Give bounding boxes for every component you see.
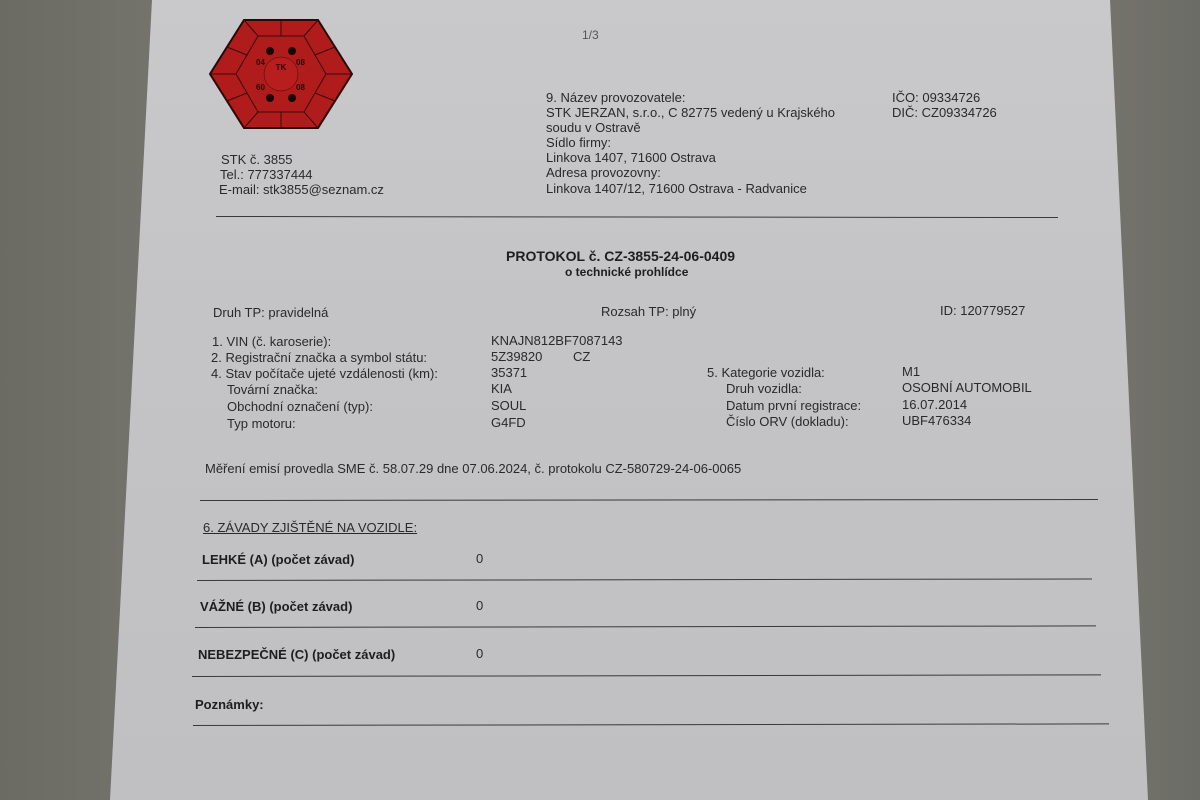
engine-value: G4FD <box>491 415 526 431</box>
station-email: E-mail: stk3855@seznam.cz <box>219 182 384 198</box>
emissions-statement: Měření emisí provedla SME č. 58.07.29 dn… <box>205 461 741 477</box>
first-registration-label: Datum první registrace: <box>726 398 861 414</box>
model-value: SOUL <box>491 398 526 414</box>
defect-dangerous-label: NEBEZPEČNÉ (C) (počet závad) <box>198 647 395 663</box>
orv-value: UBF476334 <box>902 413 971 429</box>
defect-light-count: 0 <box>476 551 483 567</box>
defect-light-label: LEHKÉ (A) (počet závad) <box>202 552 354 568</box>
first-registration-value: 16.07.2014 <box>902 397 967 413</box>
odometer-value: 35371 <box>491 365 527 381</box>
station-number: STK č. 3855 <box>221 152 293 168</box>
defects-heading: 6. ZÁVADY ZJIŠTĚNÉ NA VOZIDLE: <box>203 520 417 536</box>
vehicle-kind-label: Druh vozidla: <box>726 381 802 397</box>
protocol-subtitle: o technické prohlídce <box>565 264 688 280</box>
operator-heading: 9. Název provozovatele: <box>546 90 685 106</box>
orv-label: Číslo ORV (dokladu): <box>726 414 849 430</box>
vehicle-kind-value: OSOBNÍ AUTOMOBIL <box>902 380 1032 396</box>
svg-text:08: 08 <box>296 58 305 67</box>
notes-label: Poznámky: <box>195 697 264 713</box>
seat-address: Linkova 1407, 71600 Ostrava <box>546 150 716 166</box>
inspection-type: Druh TP: pravidelná <box>213 305 328 321</box>
premises-label: Adresa provozovny: <box>546 165 661 181</box>
operator-name-line2: soudu v Ostravě <box>546 120 641 136</box>
vin-label: 1. VIN (č. karoserie): <box>212 334 331 350</box>
ico: IČO: 09334726 <box>892 90 980 106</box>
vin-value: KNAJN812BF7087143 <box>491 333 623 349</box>
defect-dangerous-count: 0 <box>476 646 483 662</box>
station-phone: Tel.: 777337444 <box>220 167 313 183</box>
registration-label: 2. Registrační značka a symbol státu: <box>211 350 427 366</box>
svg-text:TK: TK <box>276 63 287 72</box>
operator-name-line1: STK JERZAN, s.r.o., C 82775 vedený u Kra… <box>546 105 835 121</box>
stk-tk-hexagon-icon: TK 04 08 60 08 <box>208 18 354 130</box>
registration-value: 5Z39820 <box>491 349 542 365</box>
svg-text:60: 60 <box>256 83 265 92</box>
seat-label: Sídlo firmy: <box>546 135 611 151</box>
make-label: Tovární značka: <box>227 382 318 398</box>
defect-serious-count: 0 <box>476 598 483 614</box>
svg-text:04: 04 <box>256 58 265 67</box>
engine-label: Typ motoru: <box>227 416 296 432</box>
dic: DIČ: CZ09334726 <box>892 105 997 121</box>
protocol-id: ID: 120779527 <box>940 303 1025 319</box>
inspection-scope: Rozsah TP: plný <box>601 304 696 320</box>
premises-address: Linkova 1407/12, 71600 Ostrava - Radvani… <box>546 181 807 197</box>
page-number: 1/3 <box>582 27 599 43</box>
category-label: 5. Kategorie vozidla: <box>707 365 825 381</box>
category-value: M1 <box>902 364 920 380</box>
svg-text:08: 08 <box>296 83 305 92</box>
odometer-label: 4. Stav počítače ujeté vzdálenosti (km): <box>211 366 438 382</box>
model-label: Obchodní označení (typ): <box>227 399 373 415</box>
defect-serious-label: VÁŽNÉ (B) (počet závad) <box>200 599 352 615</box>
protocol-title: PROTOKOL č. CZ-3855-24-06-0409 <box>506 248 735 264</box>
make-value: KIA <box>491 381 512 397</box>
registration-country: CZ <box>573 349 590 365</box>
